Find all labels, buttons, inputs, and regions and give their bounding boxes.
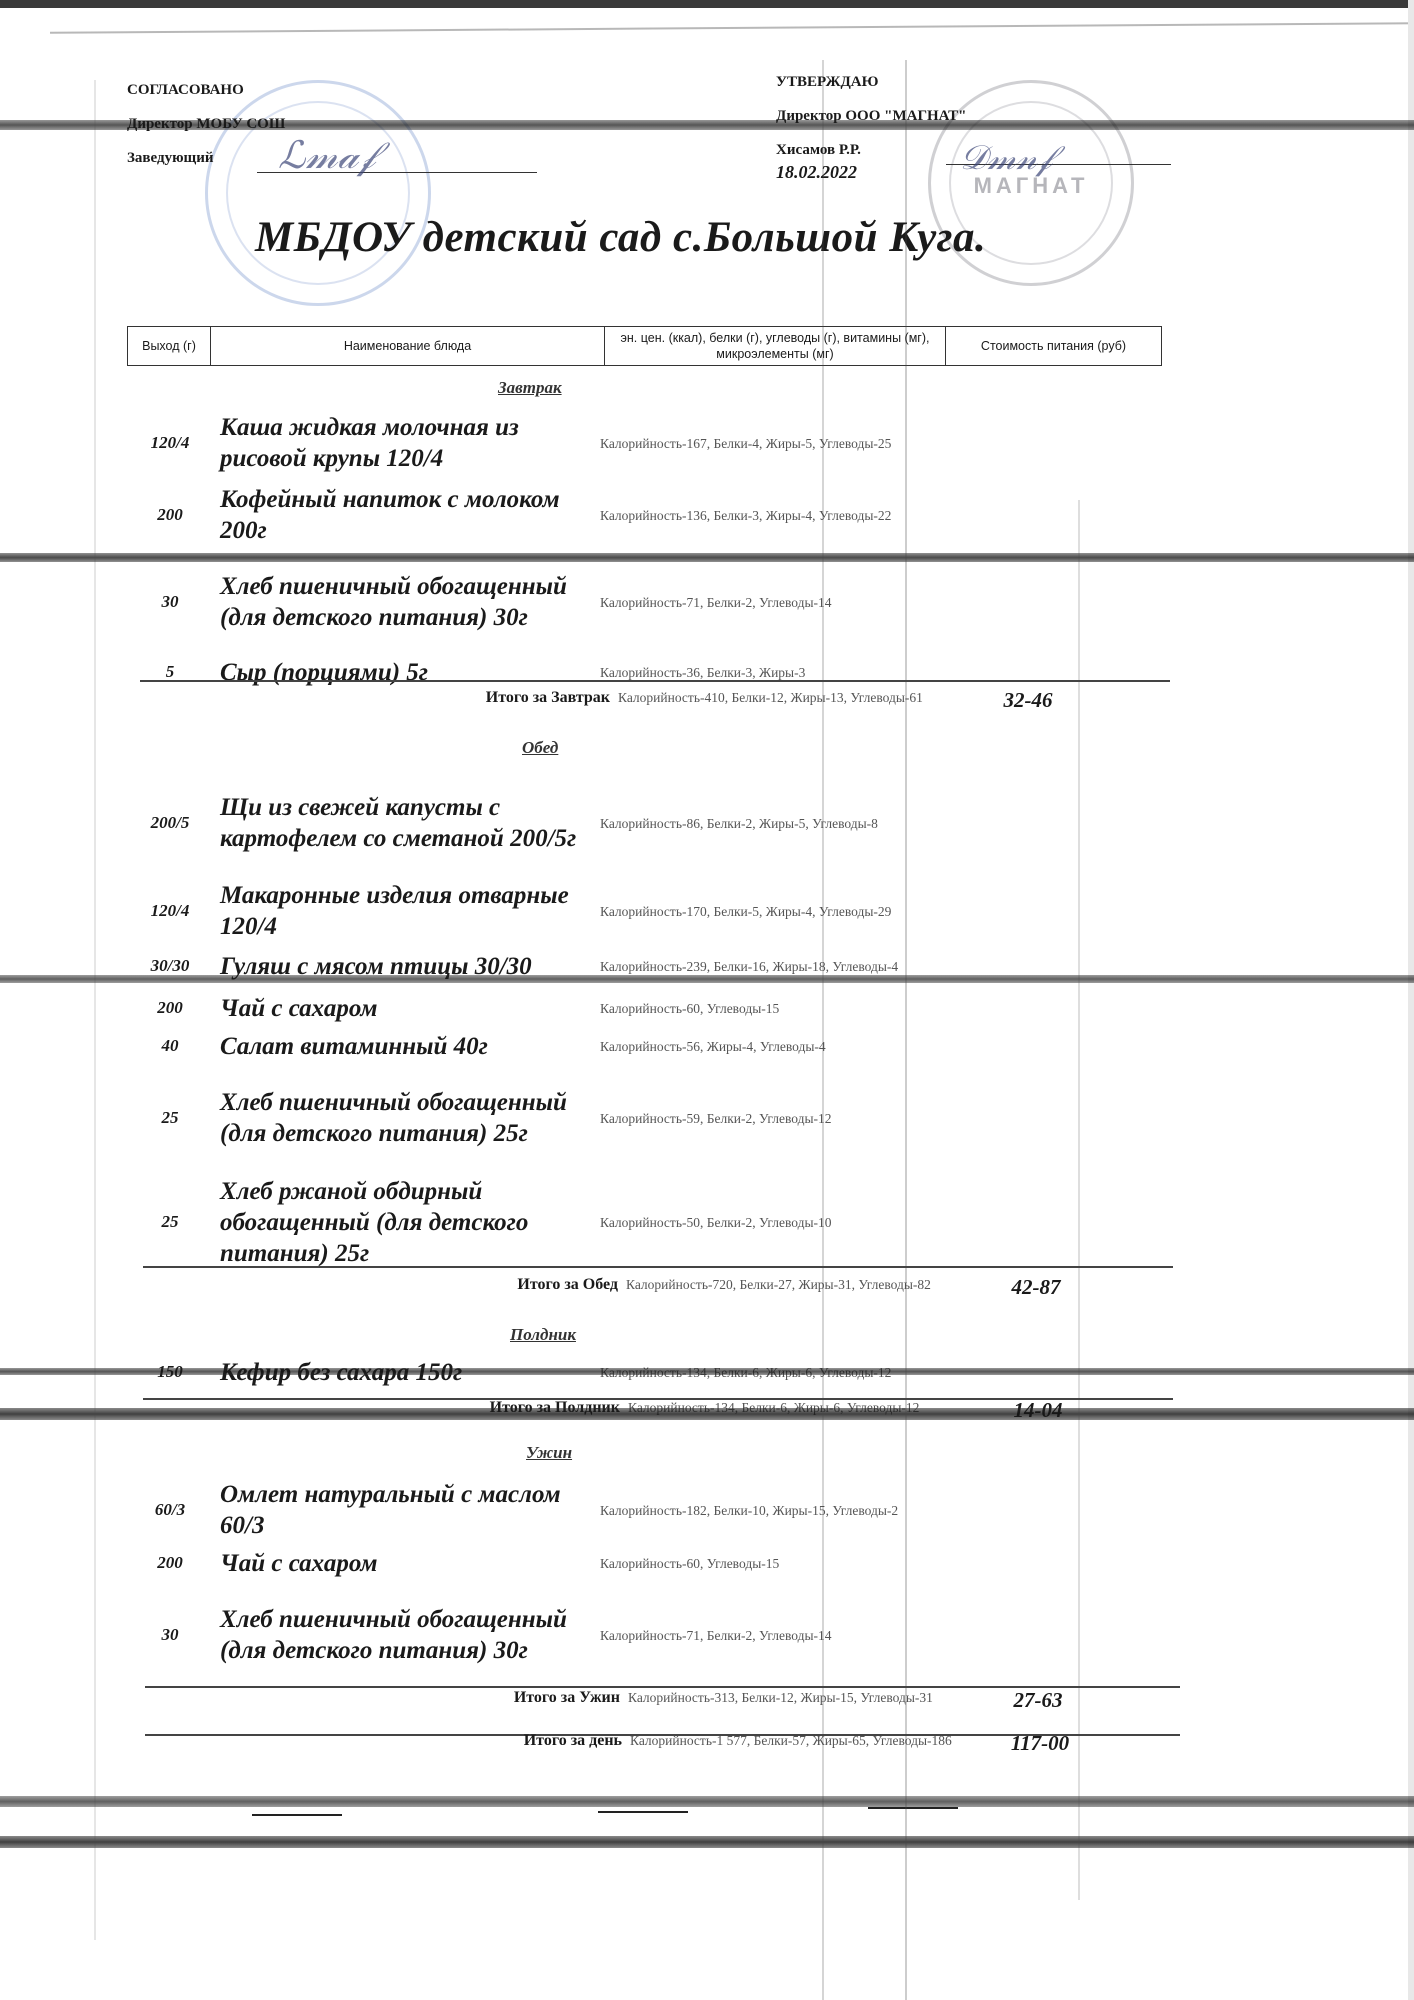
row-yield: 40 xyxy=(130,1036,210,1056)
row-nutrition: Калорийность-36, Белки-3, Жиры-3 xyxy=(600,663,930,682)
scan-streak xyxy=(0,1368,1414,1375)
agreed-label: СОГЛАСОВАНО xyxy=(127,80,285,114)
menu-row: 25 Хлеб ржаной обдирный обогащенный (для… xyxy=(130,1172,930,1272)
row-dish: Макаронные изделия отварные 120/4 xyxy=(210,880,600,942)
row-dish: Щи из свежей капусты с картофелем со сме… xyxy=(210,792,600,854)
row-nutrition: Калорийность-50, Белки-2, Углеводы-10 xyxy=(600,1213,930,1232)
signature-left: ℒ𝓂𝒶𝒻 xyxy=(278,133,375,178)
total-label: Итого за Ужин xyxy=(320,1688,628,1708)
row-nutrition: Калорийность-56, Жиры-4, Углеводы-4 xyxy=(600,1037,930,1056)
menu-row: 30 Хлеб пшеничный обогащенный (для детск… xyxy=(130,1585,930,1685)
scan-streak xyxy=(0,1408,1414,1420)
row-dish: Чай с сахаром xyxy=(210,1548,600,1579)
breakfast-total: Итого за Завтрак Калорийность-410, Белки… xyxy=(310,688,1108,713)
row-yield: 30 xyxy=(130,1625,210,1645)
row-nutrition: Калорийность-60, Углеводы-15 xyxy=(600,1554,930,1573)
row-dish: Омлет натуральный с маслом 60/3 xyxy=(210,1479,600,1541)
row-yield: 25 xyxy=(130,1108,210,1128)
section-breakfast: Завтрак xyxy=(498,378,562,398)
section-lunch: Обед xyxy=(522,738,558,758)
total-cost: 42-87 xyxy=(956,1275,1116,1300)
menu-row: 200/5 Щи из свежей капусты с картофелем … xyxy=(130,768,930,878)
row-nutrition: Калорийность-71, Белки-2, Углеводы-14 xyxy=(600,1626,930,1645)
row-nutrition: Калорийность-239, Белки-16, Жиры-18, Угл… xyxy=(600,957,930,976)
menu-row: 120/4 Макаронные изделия отварные 120/4 … xyxy=(130,878,930,944)
document-title: МБДОУ детский сад с.Большой Куга. xyxy=(255,213,986,262)
scan-top-line xyxy=(50,22,1414,34)
menu-row: 60/3 Омлет натуральный с маслом 60/3 Кал… xyxy=(130,1475,930,1545)
scan-streak xyxy=(0,1836,1414,1848)
row-yield: 30 xyxy=(130,592,210,612)
row-nutrition: Калорийность-182, Белки-10, Жиры-15, Угл… xyxy=(600,1501,930,1520)
total-label: Итого за Завтрак xyxy=(310,688,618,708)
row-nutrition: Калорийность-60, Углеводы-15 xyxy=(600,999,930,1018)
scan-streak xyxy=(0,1796,1414,1807)
dinner-total: Итого за Ужин Калорийность-313, Белки-12… xyxy=(320,1688,1118,1713)
col-cost: Стоимость питания (руб) xyxy=(946,327,1161,365)
row-yield: 5 xyxy=(130,662,210,682)
approval-block-left: СОГЛАСОВАНО Директор МОБУ СОШ Заведующий xyxy=(127,80,285,182)
lunch-total: Итого за Обед Калорийность-720, Белки-27… xyxy=(318,1275,1116,1300)
row-dish: Хлеб ржаной обдирный обогащенный (для де… xyxy=(210,1176,600,1269)
signature-line xyxy=(868,1807,958,1809)
scan-fold xyxy=(905,60,907,2000)
row-yield: 30/30 xyxy=(130,956,210,976)
row-yield: 200 xyxy=(130,998,210,1018)
approval-block-right: УТВЕРЖДАЮ Директор ООО "МАГНАТ" Хисамов … xyxy=(776,72,967,196)
approve-name: Хисамов Р.Р. xyxy=(776,140,967,162)
row-dish: Салат витаминный 40г xyxy=(210,1031,600,1062)
col-yield: Выход (г) xyxy=(128,327,211,365)
row-nutrition: Калорийность-59, Белки-2, Углеводы-12 xyxy=(600,1109,930,1128)
row-dish: Чай с сахаром xyxy=(210,993,600,1024)
approve-date: 18.02.2022 xyxy=(776,162,967,196)
day-total: Итого за день Калорийность-1 577, Белки-… xyxy=(322,1731,1120,1756)
scan-streak xyxy=(0,975,1414,983)
table-header: Выход (г) Наименование блюда эн. цен. (к… xyxy=(127,326,1162,366)
row-dish: Сыр (порциями) 5г xyxy=(210,657,600,688)
total-cost: 32-46 xyxy=(948,688,1108,713)
total-cost: 27-63 xyxy=(958,1688,1118,1713)
scan-right-edge xyxy=(1408,0,1414,2000)
row-yield: 25 xyxy=(130,1212,210,1232)
row-yield: 200 xyxy=(130,1553,210,1573)
row-yield: 200/5 xyxy=(130,813,210,833)
row-dish: Хлеб пшеничный обогащенный (для детского… xyxy=(210,1604,600,1666)
scan-fold xyxy=(822,60,824,2000)
day-total-label: Итого за день xyxy=(322,1731,630,1751)
col-dish-name: Наименование блюда xyxy=(211,327,605,365)
row-yield: 120/4 xyxy=(130,901,210,921)
section-snack: Полдник xyxy=(510,1325,576,1345)
row-yield: 120/4 xyxy=(130,433,210,453)
row-nutrition: Калорийность-167, Белки-4, Жиры-5, Углев… xyxy=(600,434,930,453)
scan-fold xyxy=(1078,500,1080,1900)
divider xyxy=(140,680,1170,682)
row-nutrition: Калорийность-86, Белки-2, Жиры-5, Углево… xyxy=(600,814,930,833)
menu-row: 30 Хлеб пшеничный обогащенный (для детск… xyxy=(130,552,930,652)
row-nutrition: Калорийность-136, Белки-3, Жиры-4, Углев… xyxy=(600,506,930,525)
scan-fold xyxy=(94,80,96,1940)
row-dish: Кофейный напиток с молоком 200г xyxy=(210,484,600,546)
scan-streak xyxy=(0,120,1414,130)
section-dinner: Ужин xyxy=(526,1443,572,1463)
total-label: Итого за Обед xyxy=(318,1275,626,1295)
divider xyxy=(143,1266,1173,1268)
scan-streak xyxy=(0,553,1414,562)
row-nutrition: Калорийность-170, Белки-5, Жиры-4, Углев… xyxy=(600,902,930,921)
approve-label: УТВЕРЖДАЮ xyxy=(776,72,967,106)
row-dish: Каша жидкая молочная из рисовой крупы 12… xyxy=(210,412,600,474)
menu-row: 200 Чай с сахаром Калорийность-60, Углев… xyxy=(130,990,930,1026)
row-yield: 60/3 xyxy=(130,1500,210,1520)
menu-row: 25 Хлеб пшеничный обогащенный (для детск… xyxy=(130,1068,930,1168)
menu-row: 40 Салат витаминный 40г Калорийность-56,… xyxy=(130,1028,930,1064)
scan-top-edge xyxy=(0,0,1414,8)
row-dish: Хлеб пшеничный обогащенный (для детского… xyxy=(210,571,600,633)
day-total-cost: 117-00 xyxy=(960,1731,1120,1756)
row-dish: Хлеб пшеничный обогащенный (для детского… xyxy=(210,1087,600,1149)
total-nutrition: Калорийность-410, Белки-12, Жиры-13, Угл… xyxy=(618,688,948,707)
agreed-role: Заведующий xyxy=(127,148,285,182)
menu-row: 120/4 Каша жидкая молочная из рисовой кр… xyxy=(130,408,930,478)
row-yield: 200 xyxy=(130,505,210,525)
signature-line xyxy=(598,1811,688,1813)
menu-row: 200 Кофейный напиток с молоком 200г Кало… xyxy=(130,480,930,550)
total-nutrition: Калорийность-313, Белки-12, Жиры-15, Угл… xyxy=(628,1688,958,1707)
col-nutrition: эн. цен. (ккал), белки (г), углеводы (г)… xyxy=(605,327,946,365)
row-nutrition: Калорийность-71, Белки-2, Углеводы-14 xyxy=(600,593,930,612)
menu-row: 200 Чай с сахаром Калорийность-60, Углев… xyxy=(130,1545,930,1581)
signature-line xyxy=(252,1814,342,1816)
signature-right: 𝒟𝓂𝓃𝒻 xyxy=(960,138,1052,178)
day-total-nutrition: Калорийность-1 577, Белки-57, Жиры-65, У… xyxy=(630,1731,960,1750)
menu-row: 5 Сыр (порциями) 5г Калорийность-36, Бел… xyxy=(130,655,930,689)
